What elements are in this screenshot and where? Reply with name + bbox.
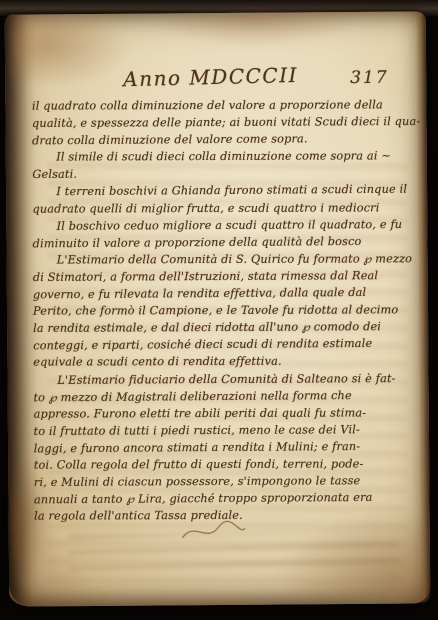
manuscript-line: Perito, che formò il Campione, e le Tavo… xyxy=(33,301,419,319)
manuscript-line: diminuito il valore a proporzione della … xyxy=(33,232,419,252)
manuscript-line: L'Estimario della Comunità di S. Quirico… xyxy=(33,250,419,268)
manuscript-line: laggi, e furono ancora stimati a rendita… xyxy=(34,437,420,457)
manuscript-line: L'Estimario fiduciario della Comunità di… xyxy=(33,369,419,388)
page-stain xyxy=(155,12,355,48)
manuscript-line: il quadrato colla diminuzione del valore… xyxy=(32,96,418,114)
pen-flourish-mark xyxy=(179,519,249,546)
manuscript-page: Anno MDCCCII 317 il quadrato colla dimin… xyxy=(5,11,431,606)
page-number: 317 xyxy=(350,68,389,88)
manuscript-line: Il boschivo ceduo migliore a scudi quatt… xyxy=(33,216,419,235)
manuscript-line: appresso. Furono eletti tre abili periti… xyxy=(34,404,420,422)
manuscript-line: to ℘ mezzo di Magistrali deliberazioni n… xyxy=(33,386,419,406)
margin-smudge xyxy=(13,515,25,567)
manuscript-line: I terreni boschivi a Ghianda furono stim… xyxy=(32,181,418,201)
manuscript-text-block: il quadrato colla diminuzione del valore… xyxy=(32,96,420,525)
manuscript-line: toi. Colla regola del frutto di questi f… xyxy=(34,455,420,473)
page-title: Anno MDCCCII xyxy=(123,63,298,91)
manuscript-line: Il simile di scudi dieci colla diminuzio… xyxy=(32,148,418,166)
scanned-manuscript-photo: Anno MDCCCII 317 il quadrato colla dimin… xyxy=(0,0,438,620)
manuscript-line: equivale a scudi cento di rendita effett… xyxy=(33,353,419,371)
manuscript-line: quadrato quelli di miglior frutta, e scu… xyxy=(32,199,418,217)
